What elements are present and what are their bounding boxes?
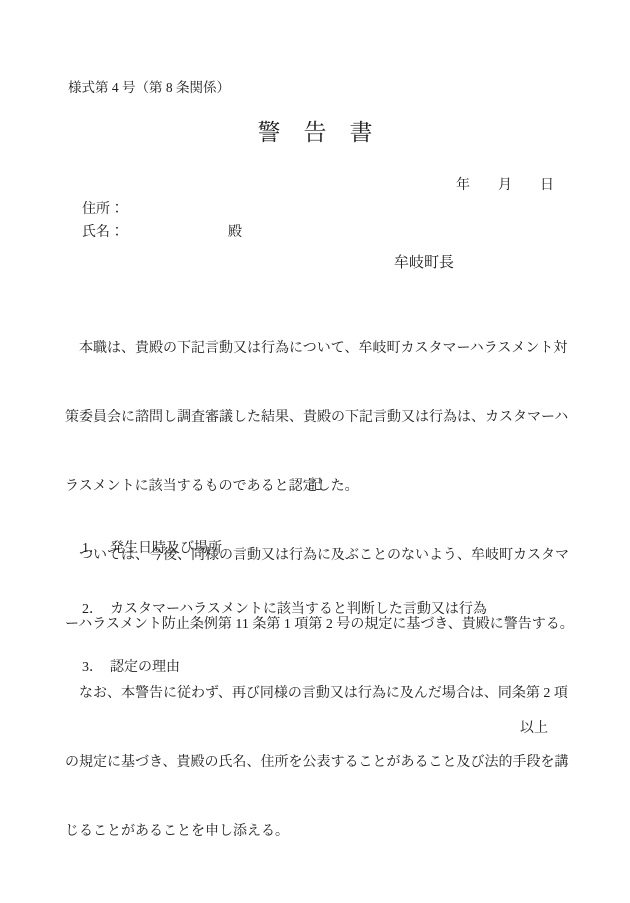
form-number: 様式第 4 号（第 8 条関係）	[68, 76, 230, 96]
list-item: 3． 認定の理由	[82, 656, 180, 676]
honorific-label: 殿	[228, 221, 242, 241]
document-page: 様式第 4 号（第 8 条関係） 警 告 書 年 月 日 住所： 氏名： 殿 牟…	[0, 0, 630, 903]
document-title: 警 告 書	[0, 114, 630, 147]
closing-marker: 以上	[65, 717, 548, 737]
paragraph-line: の規定に基づき、貴殿の氏名、住所を公表することがあること及び法的手段を講	[65, 751, 575, 774]
issuer-title: 牟岐町長	[394, 251, 454, 272]
paragraph-line: じることがあることを申し添える。	[65, 820, 575, 843]
list-item: 2． カスタマーハラスメントに該当すると判断した言動又は行為	[82, 598, 487, 618]
date-line: 年 月 日	[65, 174, 554, 194]
list-item: 1． 発生日時及び場所	[82, 537, 222, 557]
address-label: 住所：	[82, 198, 124, 218]
record-marker: 記	[65, 474, 565, 494]
name-label: 氏名：	[82, 221, 124, 241]
paragraph-line: なお、本警告に従わず、再び同様の言動又は行為に及んだ場合は、同条第 2 項	[65, 682, 575, 705]
paragraph-line: 本職は、貴殿の下記言動又は行為について、牟岐町カスタマーハラスメント対	[65, 337, 575, 360]
body-text: 本職は、貴殿の下記言動又は行為について、牟岐町カスタマーハラスメント対 策委員会…	[65, 291, 575, 889]
paragraph-line: 策委員会に諮問し調査審議した結果、貴殿の下記言動又は行為は、カスタマーハ	[65, 406, 575, 429]
